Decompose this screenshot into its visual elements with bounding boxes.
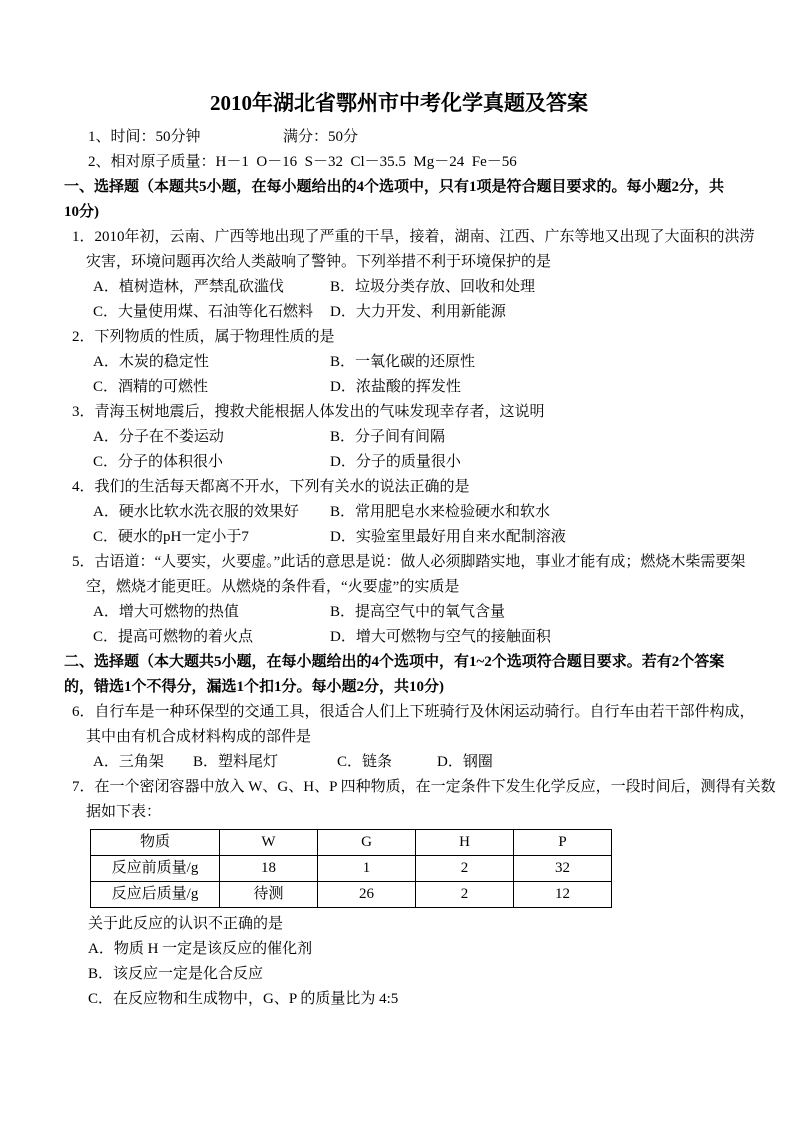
- q2-option-b: B．一氧化碳的还原性: [330, 350, 475, 375]
- q7-table-header-substance: 物质: [91, 830, 220, 856]
- q4-options-row-1: A．硬水比软水洗衣服的效果好 B．常用肥皂水来检验硬水和软水: [93, 500, 734, 525]
- q6-stem-line-2: 其中由有机合成材料构成的部件是: [86, 725, 734, 750]
- q2-options-row-2: C．酒精的可燃性 D．浓盐酸的挥发性: [93, 375, 734, 400]
- q3-option-a: A．分子在不娄运动: [93, 425, 330, 450]
- q7-option-b: B．该反应一定是化合反应: [88, 962, 734, 987]
- q6-option-d: D．钢圈: [437, 750, 493, 775]
- q7-followup: 关于此反应的认识不正确的是: [88, 912, 734, 937]
- q5-options-row-1: A．增大可燃物的热值 B．提高空气中的氧气含量: [93, 600, 734, 625]
- q1-stem-line-1: 1．2010年初，云南、广西等地出现了严重的干旱，接着，湖南、江西、广东等地又出…: [72, 225, 734, 250]
- q7-before-p: 32: [514, 856, 612, 882]
- q7-table-row-after: 反应后质量/g 待测 26 2 12: [91, 882, 612, 908]
- q1-options-row-2: C．大量使用煤、石油等化石燃料 D．大力开发、利用新能源: [93, 300, 734, 325]
- question-6: 6．自行车是一种环保型的交通工具，很适合人们上下班骑行及休闲运动骑行。自行车由若…: [64, 700, 734, 775]
- question-2: 2．下列物质的性质，属于物理性质的是 A．木炭的稳定性 B．一氧化碳的还原性 C…: [64, 325, 734, 400]
- q7-table-row-before: 反应前质量/g 18 1 2 32: [91, 856, 612, 882]
- q1-option-d: D．大力开发、利用新能源: [330, 300, 506, 325]
- q2-stem-line-1: 2．下列物质的性质，属于物理性质的是: [72, 325, 734, 350]
- q6-option-a: A．三角架: [93, 750, 193, 775]
- q2-option-a: A．木炭的稳定性: [93, 350, 330, 375]
- q3-options-row-2: C．分子的体积很小 D．分子的质量很小: [93, 450, 734, 475]
- q7-table-header-g: G: [318, 830, 416, 856]
- q5-option-b: B．提高空气中的氧气含量: [330, 600, 505, 625]
- q4-option-b: B．常用肥皂水来检验硬水和软水: [330, 500, 550, 525]
- q1-option-c: C．大量使用煤、石油等化石燃料: [93, 300, 330, 325]
- q3-option-b: B．分子间有间隔: [330, 425, 445, 450]
- q5-stem-line-1: 5．古语道：“人要实，火要虚。”此话的意思是说：做人必须脚踏实地，事业才能有成；…: [72, 550, 734, 575]
- section2-heading-line-2: 的，错选1个不得分，漏选1个扣1分。每小题2分，共10分): [64, 675, 734, 700]
- q7-stem-line-1: 7．在一个密闭容器中放入 W、G、H、P 四种物质，在一定条件下发生化学反应，一…: [72, 775, 734, 800]
- q7-data-table: 物质 W G H P 反应前质量/g 18 1 2 32 反应后质量/g 待测 …: [90, 829, 612, 908]
- atomic-mass-line: 2、相对原子质量：H－1 O－16 S－32 Cl－35.5 Mg－24 Fe－…: [88, 150, 734, 175]
- section1-heading-line-2: 10分): [64, 200, 734, 225]
- q7-after-g: 26: [318, 882, 416, 908]
- q7-before-h: 2: [416, 856, 514, 882]
- q6-option-c: C．链条: [337, 750, 437, 775]
- exam-paper-page: 2010年湖北省鄂州市中考化学真题及答案 1、时间：50分钟满分：50分 2、相…: [0, 0, 794, 1123]
- info-time-line: 1、时间：50分钟满分：50分: [88, 125, 734, 150]
- q4-option-d: D．实验室里最好用自来水配制溶液: [330, 525, 566, 550]
- q3-option-c: C．分子的体积很小: [93, 450, 330, 475]
- q7-table-header-w: W: [220, 830, 318, 856]
- q7-table-header-h: H: [416, 830, 514, 856]
- q3-option-d: D．分子的质量很小: [330, 450, 461, 475]
- time-label: 1、时间：50分钟: [88, 125, 283, 150]
- q4-stem-line-1: 4．我们的生活每天都离不开水，下列有关水的说法正确的是: [72, 475, 734, 500]
- q1-option-b: B．垃圾分类存放、回收和处理: [330, 275, 535, 300]
- q7-before-label: 反应前质量/g: [91, 856, 220, 882]
- document-title: 2010年湖北省鄂州市中考化学真题及答案: [64, 88, 734, 118]
- q5-option-d: D．增大可燃物与空气的接触面积: [330, 625, 551, 650]
- q5-options-row-2: C．提高可燃物的着火点 D．增大可燃物与空气的接触面积: [93, 625, 734, 650]
- q2-options-row-1: A．木炭的稳定性 B．一氧化碳的还原性: [93, 350, 734, 375]
- q7-before-g: 1: [318, 856, 416, 882]
- q7-option-c: C．在反应物和生成物中，G、P 的质量比为 4:5: [88, 987, 734, 1012]
- question-3: 3．青海玉树地震后，搜救犬能根据人体发出的气味发现幸存者，这说明 A．分子在不娄…: [64, 400, 734, 475]
- q4-option-a: A．硬水比软水洗衣服的效果好: [93, 500, 330, 525]
- q2-option-c: C．酒精的可燃性: [93, 375, 330, 400]
- q7-option-a: A．物质 H 一定是该反应的催化剂: [88, 937, 734, 962]
- q5-stem-line-2: 空，燃烧才能更旺。从燃烧的条件看，“火要虚”的实质是: [86, 575, 734, 600]
- full-score-label: 满分：50分: [283, 129, 358, 145]
- q4-option-c: C．硬水的pH一定小于7: [93, 525, 330, 550]
- q3-options-row-1: A．分子在不娄运动 B．分子间有间隔: [93, 425, 734, 450]
- q1-stem-line-2: 灾害，环境问题再次给人类敲响了警钟。下列举措不利于环境保护的是: [86, 250, 734, 275]
- q4-options-row-2: C．硬水的pH一定小于7 D．实验室里最好用自来水配制溶液: [93, 525, 734, 550]
- question-7: 7．在一个密闭容器中放入 W、G、H、P 四种物质，在一定条件下发生化学反应，一…: [64, 775, 734, 1012]
- q2-option-d: D．浓盐酸的挥发性: [330, 375, 461, 400]
- question-4: 4．我们的生活每天都离不开水，下列有关水的说法正确的是 A．硬水比软水洗衣服的效…: [64, 475, 734, 550]
- question-5: 5．古语道：“人要实，火要虚。”此话的意思是说：做人必须脚踏实地，事业才能有成；…: [64, 550, 734, 650]
- section1-heading-line-1: 一、选择题（本题共5小题，在每小题给出的4个选项中，只有1项是符合题目要求的。每…: [64, 175, 734, 200]
- q6-option-b: B．塑料尾灯: [193, 750, 337, 775]
- question-1: 1．2010年初，云南、广西等地出现了严重的干旱，接着，湖南、江西、广东等地又出…: [64, 225, 734, 325]
- q7-table-header-row: 物质 W G H P: [91, 830, 612, 856]
- q3-stem-line-1: 3．青海玉树地震后，搜救犬能根据人体发出的气味发现幸存者，这说明: [72, 400, 734, 425]
- q5-option-c: C．提高可燃物的着火点: [93, 625, 330, 650]
- q7-after-w: 待测: [220, 882, 318, 908]
- q1-option-a: A．植树造林，严禁乱砍滥伐: [93, 275, 330, 300]
- q7-after-p: 12: [514, 882, 612, 908]
- q7-table-header-p: P: [514, 830, 612, 856]
- q6-options-row: A．三角架 B．塑料尾灯 C．链条 D．钢圈: [93, 750, 734, 775]
- q7-after-h: 2: [416, 882, 514, 908]
- q7-before-w: 18: [220, 856, 318, 882]
- q7-after-label: 反应后质量/g: [91, 882, 220, 908]
- q7-stem-line-2: 据如下表：: [86, 800, 734, 825]
- section2-heading-line-1: 二、选择题（本大题共5小题，在每小题给出的4个选项中，有1~2个选项符合题目要求…: [64, 650, 734, 675]
- q6-stem-line-1: 6．自行车是一种环保型的交通工具，很适合人们上下班骑行及休闲运动骑行。自行车由若…: [72, 700, 734, 725]
- q1-options-row-1: A．植树造林，严禁乱砍滥伐 B．垃圾分类存放、回收和处理: [93, 275, 734, 300]
- q5-option-a: A．增大可燃物的热值: [93, 600, 330, 625]
